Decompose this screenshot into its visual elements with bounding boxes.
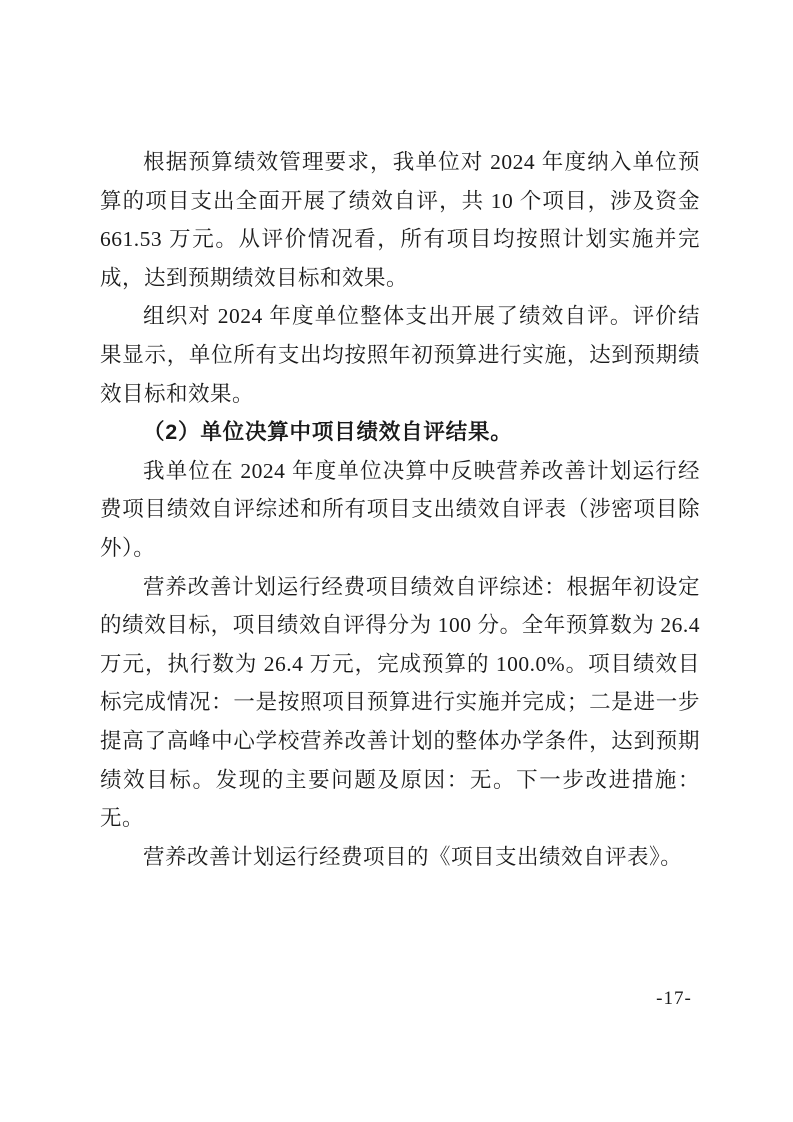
- document-body: 根据预算绩效管理要求，我单位对 2024 年度纳入单位预算的项目支出全面开展了绩…: [100, 143, 700, 876]
- document-page: 根据预算绩效管理要求，我单位对 2024 年度纳入单位预算的项目支出全面开展了绩…: [0, 0, 793, 1122]
- paragraph-final-accounts-reflection: 我单位在 2024 年度单位决算中反映营养改善计划运行经费项目绩效自评综述和所有…: [100, 452, 700, 568]
- paragraph-selfassessment-table-reference: 营养改善计划运行经费项目的《项目支出绩效自评表》。: [100, 838, 700, 877]
- page-number: -17-: [648, 988, 700, 1010]
- paragraph-project-selfassessment-overview: 根据预算绩效管理要求，我单位对 2024 年度纳入单位预算的项目支出全面开展了绩…: [100, 143, 700, 297]
- paragraph-overall-expenditure-selfassessment: 组织对 2024 年度单位整体支出开展了绩效自评。评价结果显示，单位所有支出均按…: [100, 297, 700, 413]
- paragraph-nutrition-program-selfassessment-summary: 营养改善计划运行经费项目绩效自评综述：根据年初设定的绩效目标，项目绩效自评得分为…: [100, 568, 700, 838]
- section-heading-final-accounts-selfassessment: （2）单位决算中项目绩效自评结果。: [100, 413, 700, 452]
